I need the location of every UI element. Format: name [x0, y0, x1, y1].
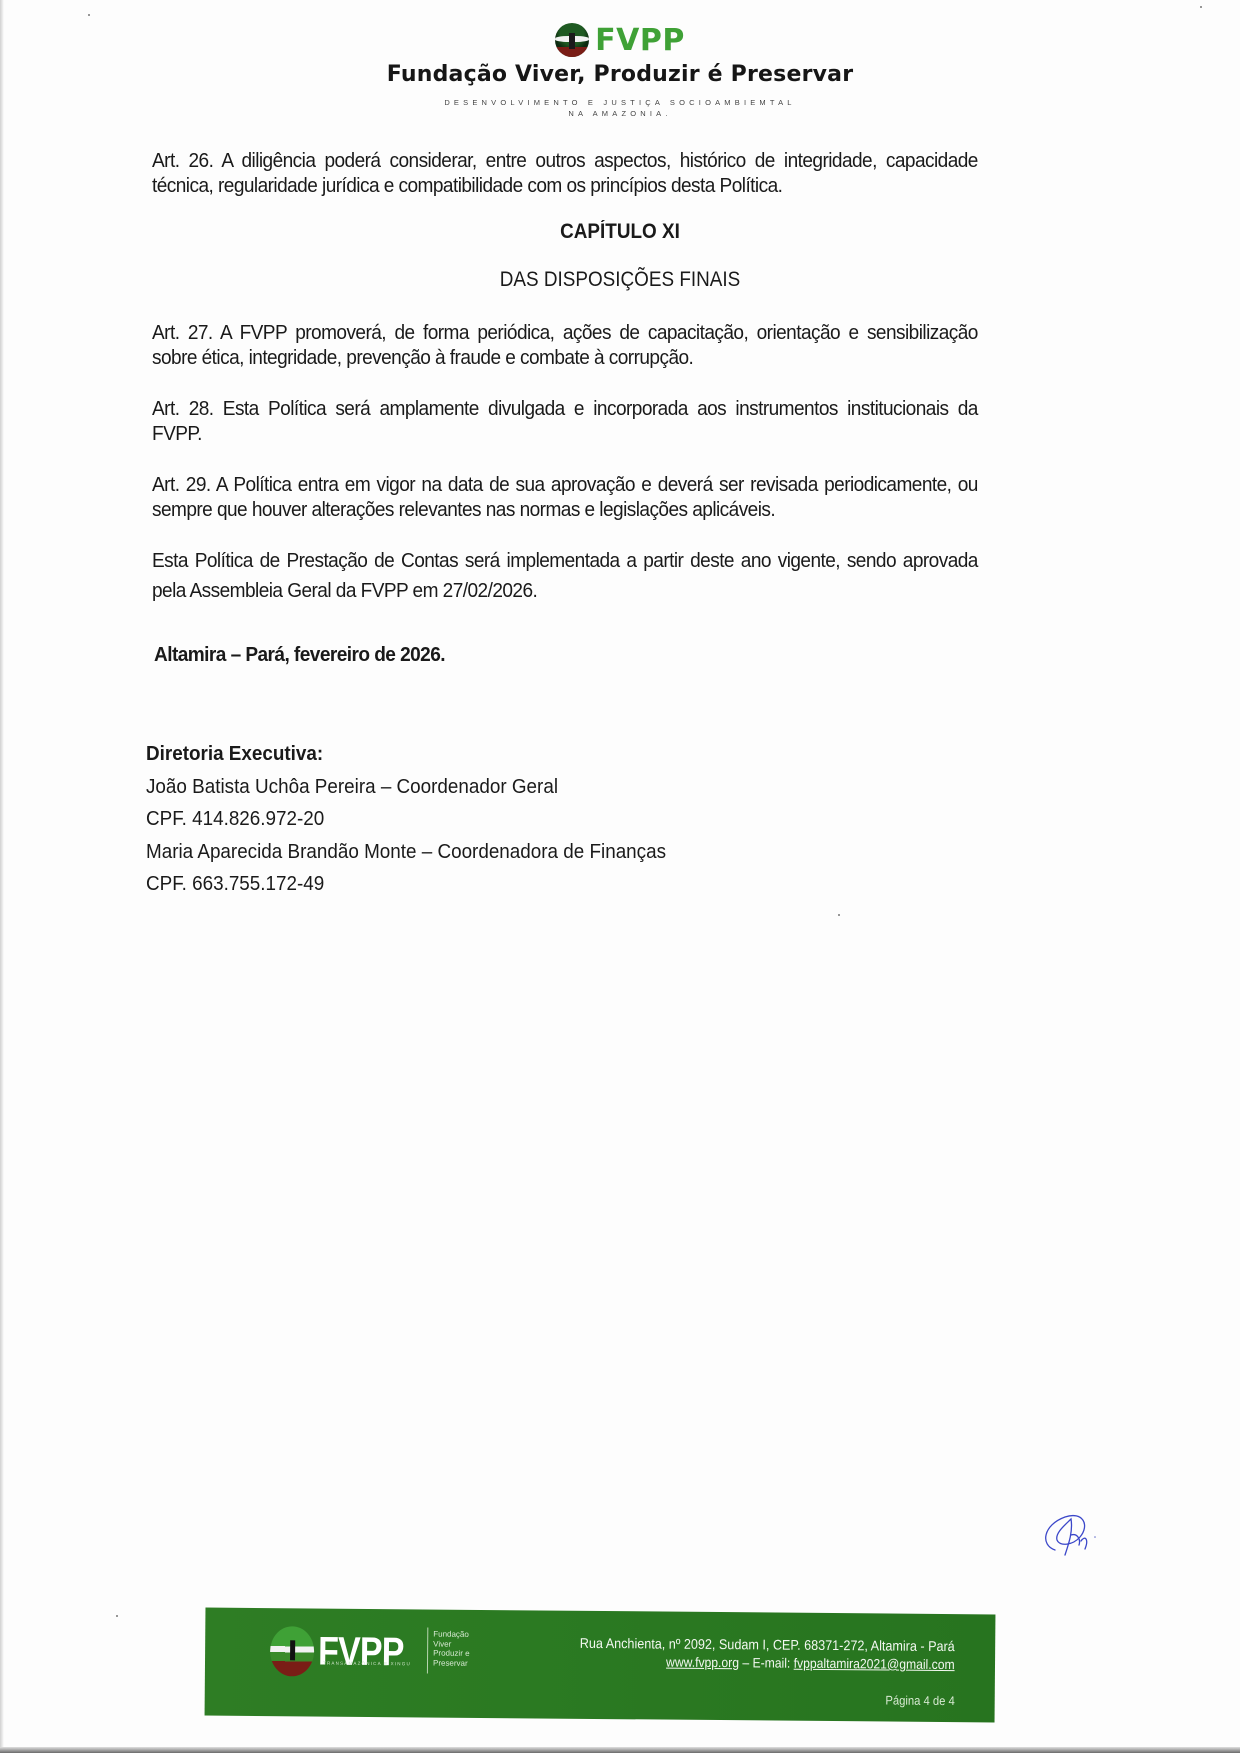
footer-logo-subtext: TRANSAMAZÔNICA E XINGU	[323, 1661, 411, 1667]
scan-speck	[88, 14, 90, 16]
footer-banner: FVPP TRANSAMAZÔNICA E XINGU Fundação Viv…	[205, 1608, 996, 1723]
signatory-1-cpf: CPF. 414.826.972-20	[146, 803, 666, 836]
footer-logo-text: FVPP	[318, 1629, 404, 1675]
scan-speck	[1200, 6, 1202, 8]
footer-tag-line: Preservar	[433, 1658, 470, 1668]
scan-speck	[838, 914, 840, 916]
signatory-2-cpf: CPF. 663.755.172-49	[146, 868, 666, 901]
email-label: – E-mail:	[739, 1655, 794, 1670]
footer-tag-line: Produzir e	[433, 1649, 470, 1659]
board-heading: Diretoria Executiva:	[146, 738, 666, 771]
place-date: Altamira – Pará, fevereiro de 2026.	[154, 642, 980, 667]
signatory-1-name: João Batista Uchôa Pereira – Coordenador…	[146, 771, 666, 804]
organization-name: Fundação Viver, Produzir é Preservar	[0, 62, 1240, 87]
article-29: Art. 29. A Política entra em vigor na da…	[152, 472, 978, 522]
footer-tagline: Fundação Viver Produzir e Preservar	[433, 1630, 470, 1668]
footer-tree-logo-icon	[270, 1626, 314, 1676]
executive-board: Diretoria Executiva: João Batista Uchôa …	[146, 738, 711, 901]
footer-logo: FVPP	[270, 1626, 419, 1677]
chapter-subtitle: DAS DISPOSIÇÕES FINAIS	[62, 268, 1178, 292]
document-page: FVPP Fundação Viver, Produzir é Preserva…	[0, 0, 1240, 1753]
email-link[interactable]: fvppaltamira2021@gmail.com	[794, 1656, 955, 1672]
footer-tag-line: Viver	[433, 1639, 470, 1649]
chapter-title: CAPÍTULO XI	[62, 220, 1178, 244]
handwritten-initials-icon	[1035, 1505, 1105, 1565]
scan-speck	[116, 1615, 118, 1617]
article-28: Art. 28. Esta Política será amplamente d…	[152, 396, 978, 446]
signatory-2-name: Maria Aparecida Brandão Monte – Coordena…	[146, 836, 666, 869]
closing-paragraph: Esta Política de Prestação de Contas ser…	[152, 546, 978, 606]
website-link[interactable]: www.fvpp.org	[666, 1655, 739, 1671]
tagline-line-2: NA AMAZONIA.	[0, 108, 1240, 119]
tagline: DESENVOLVIMENTO E JUSTIÇA SOCIOAMBIEMTAL…	[0, 97, 1240, 119]
footer-tag-line: Fundação	[433, 1630, 470, 1640]
footer-address: Rua Anchienta, nº 2092, Sudam I, CEP. 68…	[580, 1635, 955, 1654]
letterhead: FVPP Fundação Viver, Produzir é Preserva…	[0, 22, 1240, 119]
page-number: Página 4 de 4	[885, 1693, 955, 1708]
footer-divider	[427, 1627, 428, 1673]
tree-logo-icon	[555, 23, 589, 57]
logo-text: FVPP	[595, 23, 685, 58]
header-logo: FVPP	[0, 22, 1240, 58]
footer-contact: www.fvpp.org – E-mail: fvppaltamira2021@…	[666, 1655, 955, 1673]
tagline-line-1: DESENVOLVIMENTO E JUSTIÇA SOCIOAMBIEMTAL	[0, 97, 1240, 108]
article-27: Art. 27. A FVPP promoverá, de forma peri…	[152, 320, 978, 370]
article-26: Art. 26. A diligência poderá considerar,…	[152, 148, 978, 198]
